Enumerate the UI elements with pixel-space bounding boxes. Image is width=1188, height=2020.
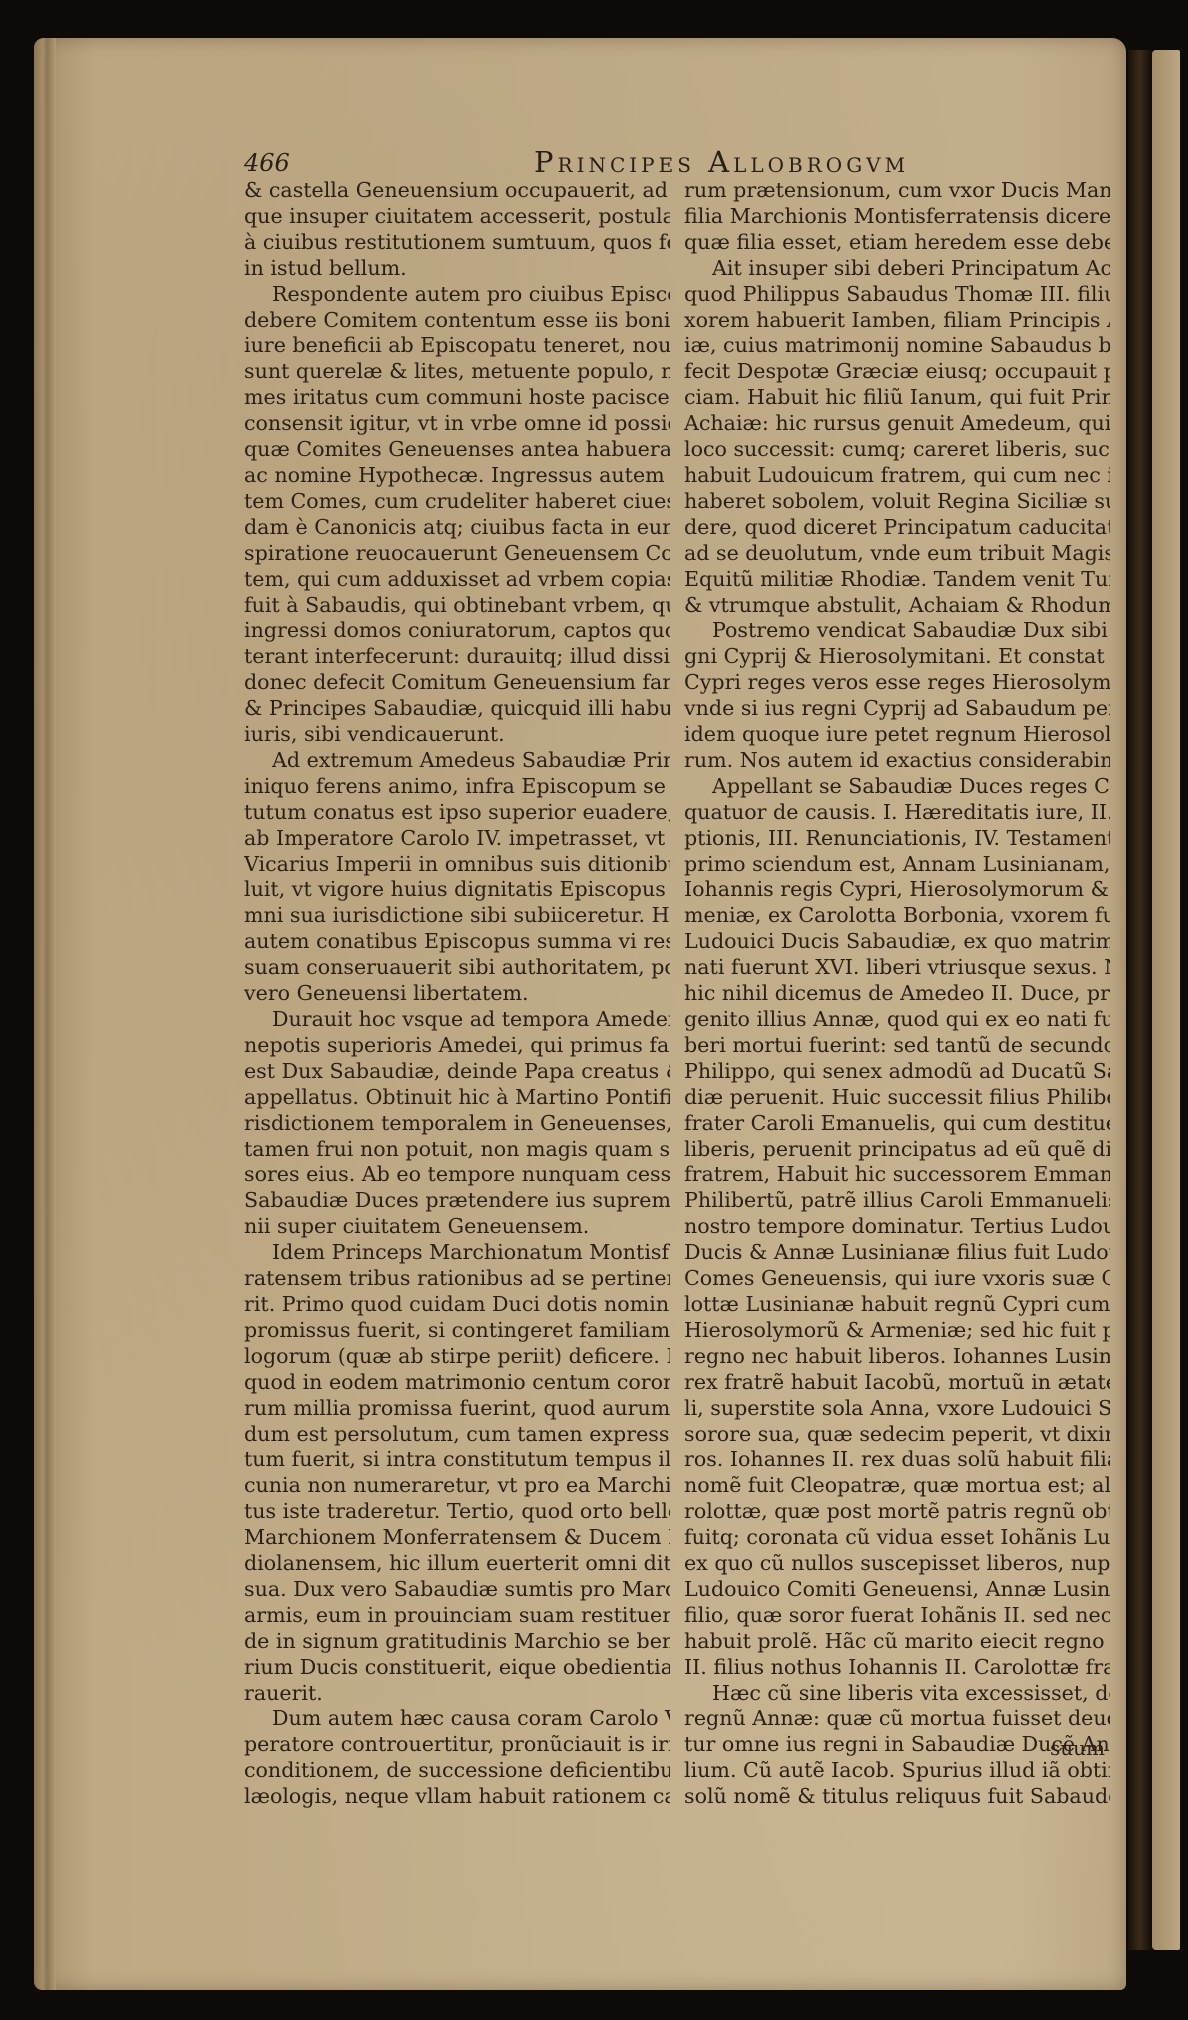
text-line: iniquo ferens animo, infra Episcopum se … [244, 774, 670, 800]
text-line: primo sciendum est, Annam Lusinianam, fi… [684, 852, 1110, 878]
text-line: tem Comes, cum crudeliter haberet ciues,… [244, 489, 670, 515]
text-line: quod in eodem matrimonio centum coronato… [244, 1370, 670, 1396]
paragraph: Dum autem hæc causa coram Carolo V. Im-p… [244, 1706, 670, 1810]
text-line: regnũ Annæ: quæ cũ mortua fuisset deuolu… [684, 1706, 1110, 1732]
text-line: Philibertũ, patrẽ illius Caroli Emmanuel… [684, 1188, 1110, 1214]
paragraph: Ait insuper sibi deberi Principatum Acha… [684, 256, 1110, 619]
page-fold-edge [34, 38, 56, 1990]
text-line: tem, qui cum adduxisset ad vrbem copias,… [244, 567, 670, 593]
text-line: xorem habuerit Iamben, filiam Principis … [684, 308, 1110, 334]
text-line: ratensem tribus rationibus ad se pertine… [244, 1266, 670, 1292]
text-line: Cypri reges veros esse reges Hierosolymi… [684, 670, 1110, 696]
text-line: II. filius nothus Iohannis II. Carolottæ… [684, 1655, 1110, 1681]
next-page-edge [1152, 50, 1180, 1950]
text-line: in istud bellum. [244, 256, 670, 282]
text-line: appellatus. Obtinuit hic à Martino Ponti… [244, 1085, 670, 1111]
text-line: nomẽ fuit Cleopatræ, quæ mortua est; alt… [684, 1473, 1110, 1499]
text-line: fuitq; coronata cũ vidua esset Iohãnis L… [684, 1525, 1110, 1551]
text-line: rex fratrẽ habuit Iacobũ, mortuũ in ætat… [684, 1370, 1110, 1396]
right-text-column: rum prætensionum, cum vxor Ducis Mantuan… [684, 178, 1110, 1810]
text-line: beri mortui fuerint: sed tantũ de secund… [684, 1033, 1110, 1059]
text-line: Durauit hoc vsque ad tempora Amedei VIII… [244, 1007, 670, 1033]
text-line: genito illius Annæ, quod qui ex eo nati … [684, 1007, 1110, 1033]
text-line: Ducis & Annæ Lusinianæ filius fuit Ludou… [684, 1240, 1110, 1266]
text-line: læologis, neque vllam habuit rationem cæ… [244, 1784, 670, 1810]
text-line: quatuor de causis. I. Hæreditatis iure, … [684, 800, 1110, 826]
text-line: Equitũ militiæ Rhodiæ. Tandem venit Turc… [684, 567, 1110, 593]
text-line: tum fuerit, si intra constitutum tempus … [244, 1447, 670, 1473]
text-line: solũ nomẽ & titulus reliquus fuit Sabaud… [684, 1784, 1110, 1810]
text-line: terant interfecerunt: durauitq; illud di… [244, 644, 670, 670]
running-title: Principes Allobrogvm [534, 145, 909, 179]
text-line: li, superstite sola Anna, vxore Ludouici… [684, 1396, 1110, 1422]
paragraph: & castella Geneuensium occupauerit, ad i… [244, 178, 670, 282]
text-line: dum est persolutum, cum tamen expresse c… [244, 1422, 670, 1448]
text-line: ab Imperatore Carolo IV. impetrasset, vt… [244, 826, 670, 852]
text-line: iuris, sibi vendicauerunt. [244, 722, 670, 748]
text-line: gni Cyprij & Hierosolymitani. Et constat… [684, 644, 1110, 670]
text-line: à ciuibus restitutionem sumtuum, quos fe… [244, 230, 670, 256]
text-line: Achaiæ: hic rursus genuit Amedeum, qui t… [684, 411, 1110, 437]
paragraph: Appellant se Sabaudiæ Duces reges Cypriq… [684, 774, 1110, 1681]
text-line: rum. Nos autem id exactius considerabimu… [684, 748, 1110, 774]
text-line: rum prætensionum, cum vxor Ducis Mantuan… [684, 178, 1110, 204]
text-line: Ait insuper sibi deberi Principatum Acha… [684, 256, 1110, 282]
text-line: haberet sobolem, voluit Regina Siciliæ s… [684, 489, 1110, 515]
text-line: rit. Primo quod cuidam Duci dotis nomine [244, 1292, 670, 1318]
text-line: rum millia promissa fuerint, quod aurum … [244, 1396, 670, 1422]
text-line: Dum autem hæc causa coram Carolo V. Im- [244, 1706, 670, 1732]
text-line: sores eius. Ab eo tempore nunquam cessau… [244, 1162, 670, 1188]
catchword: suum [1050, 1736, 1105, 1760]
text-line: est Dux Sabaudiæ, deinde Papa creatus & … [244, 1059, 670, 1085]
running-head: 466 Principes Allobrogvm [244, 145, 1110, 181]
text-line: hic nihil dicemus de Amedeo II. Duce, pr… [684, 981, 1110, 1007]
text-line: donec defecit Comitum Geneuensium famili… [244, 670, 670, 696]
text-line: ex quo cũ nullos suscepisset liberos, nu… [684, 1551, 1110, 1577]
text-line: tus iste traderetur. Tertio, quod orto b… [244, 1499, 670, 1525]
text-line: Ludouico Comiti Geneuensi, Annæ Lusinian… [684, 1577, 1110, 1603]
text-line: loco successit: cumq; careret liberis, s… [684, 437, 1110, 463]
paragraph: rum prætensionum, cum vxor Ducis Mantuan… [684, 178, 1110, 256]
paragraph: Ad extremum Amedeus Sabaudiæ Princepsini… [244, 748, 670, 1007]
text-line: Ad extremum Amedeus Sabaudiæ Princeps [244, 748, 670, 774]
text-line: vero Geneuensi libertatem. [244, 981, 670, 1007]
paragraph: Respondente autem pro ciuibus Episcopo,d… [244, 282, 670, 748]
text-line: promissus fuerit, si contingeret familia… [244, 1318, 670, 1344]
text-line: mes iritatus cum communi hoste paciscere… [244, 385, 670, 411]
text-line: fuit à Sabaudis, qui obtinebant vrbem, q… [244, 593, 670, 619]
text-line: fecit Despotæ Græciæ eiusq; occupauit pr… [684, 359, 1110, 385]
text-line: idem quoque iure petet regnum Hierosolym… [684, 722, 1110, 748]
text-line: filio, quæ soror fuerat Iohãnis II. sed … [684, 1603, 1110, 1629]
text-line: Marchionem Monferratensem & Ducem Me- [244, 1525, 670, 1551]
text-line: suam conseruauerit sibi authoritatem, po… [244, 955, 670, 981]
paragraph: Postremo vendicat Sabaudiæ Dux sibi ius … [684, 618, 1110, 773]
text-line: diolanensem, hic illum euerterit omni di… [244, 1551, 670, 1577]
text-line: risdictionem temporalem in Geneuenses, q… [244, 1111, 670, 1137]
text-line: Respondente autem pro ciuibus Episcopo, [244, 282, 670, 308]
text-line: mni sua iurisdictione sibi subiiceretur.… [244, 903, 670, 929]
left-text-column: & castella Geneuensium occupauerit, ad i… [244, 178, 670, 1810]
text-line: & castella Geneuensium occupauerit, ad i… [244, 178, 670, 204]
text-line: peratore controuertitur, pronũciauit is … [244, 1732, 670, 1758]
text-line: luit, vt vigore huius dignitatis Episcop… [244, 877, 670, 903]
text-line: Hæc cũ sine liberis vita excessisset, de… [684, 1681, 1110, 1707]
text-line: Appellant se Sabaudiæ Duces reges Cypri [684, 774, 1110, 800]
text-line: ad se deuolutum, vnde eum tribuit Magist… [684, 541, 1110, 567]
text-line: vnde si ius regni Cyprij ad Sabaudum per… [684, 696, 1110, 722]
text-line: sunt querelæ & lites, metuente populo, n… [244, 359, 670, 385]
text-line: ingressi domos coniuratorum, captos quos… [244, 618, 670, 644]
text-line: sua. Dux vero Sabaudiæ sumtis pro Marchi… [244, 1577, 670, 1603]
text-line: cunia non numeraretur, vt pro ea Marchio… [244, 1473, 670, 1499]
paragraph: Idem Princeps Marchionatum Montisfer-rat… [244, 1240, 670, 1706]
text-line: Ludouici Ducis Sabaudiæ, ex quo matrimon… [684, 929, 1110, 955]
text-line: nostro tempore dominatur. Tertius Ludoui… [684, 1214, 1110, 1240]
text-line: habuit prolẽ. Hãc cũ marito eiecit regno… [684, 1629, 1110, 1655]
text-line: & Principes Sabaudiæ, quicquid illi habu… [244, 696, 670, 722]
text-line: ptionis, III. Renunciationis, IV. Testam… [684, 826, 1110, 852]
text-line: consensit igitur, vt in vrbe omne id pos… [244, 411, 670, 437]
text-line: dam è Canonicis atq; ciuibus facta in eu… [244, 515, 670, 541]
text-line: liberis, peruenit principatus ad eũ quẽ … [684, 1137, 1110, 1163]
text-line: frater Caroli Emanuelis, qui cum destitu… [684, 1111, 1110, 1137]
text-line: tutum conatus est ipso superior euadere,… [244, 800, 670, 826]
text-line: fratrem, Habuit hic successorem Emmanuel… [684, 1162, 1110, 1188]
text-line: Vicarius Imperii in omnibus suis ditioni… [244, 852, 670, 878]
text-line: Philippo, qui senex admodũ ad Ducatũ Sab… [684, 1059, 1110, 1085]
text-line: habuit Ludouicum fratrem, qui cum nec ip… [684, 463, 1110, 489]
text-line: lottæ Lusinianæ habuit regnũ Cypri cum t… [684, 1292, 1110, 1318]
text-line: ac nomine Hypothecæ. Ingressus autem ciu… [244, 463, 670, 489]
text-line: Iohannis regis Cypri, Hierosolymorum & A… [684, 877, 1110, 903]
text-line: nii super ciuitatem Geneuensem. [244, 1214, 670, 1240]
text-line: nepotis superioris Amedei, qui primus fa… [244, 1033, 670, 1059]
text-line: rium Ducis constituerit, eique obedienti… [244, 1655, 670, 1681]
text-line: lium. Cũ autẽ Iacob. Spurius illud iã ob… [684, 1758, 1110, 1784]
text-line: Idem Princeps Marchionatum Montisfer- [244, 1240, 670, 1266]
text-line: quod Philippus Sabaudus Thomæ III. filiu… [684, 282, 1110, 308]
text-line: rolottæ, quæ post mortẽ patris regnũ obt… [684, 1499, 1110, 1525]
text-line: tamen frui non potuit, non magis quam su… [244, 1137, 670, 1163]
text-line: dere, quod diceret Principatum caducitat… [684, 515, 1110, 541]
text-line: Hierosolymorũ & Armeniæ; sed hic fuit pu… [684, 1318, 1110, 1344]
text-line: Sabaudiæ Duces prætendere ius supremi do… [244, 1188, 670, 1214]
text-line: de in signum gratitudinis Marchio se ben… [244, 1629, 670, 1655]
text-line: iæ, cuius matrimonij nomine Sabaudus bel… [684, 333, 1110, 359]
text-line: quæ Comites Geneuenses antea habuerant, … [244, 437, 670, 463]
text-line: conditionem, de successione deficientibu… [244, 1758, 670, 1784]
text-line: diæ peruenit. Huic successit filius Phil… [684, 1085, 1110, 1111]
text-line: logorum (quæ ab stirpe periit) deficere.… [244, 1344, 670, 1370]
text-line: autem conatibus Episcopus summa vi resti… [244, 929, 670, 955]
text-line: ciam. Habuit hic filiũ Ianum, qui fuit P… [684, 385, 1110, 411]
text-line: Comes Geneuensis, qui iure vxoris suæ Ca… [684, 1266, 1110, 1292]
page-number: 466 [244, 149, 290, 177]
text-line: iure beneficii ab Episcopatu teneret, no… [244, 333, 670, 359]
text-line: regno nec habuit liberos. Iohannes Lusin… [684, 1344, 1110, 1370]
text-line: sorore sua, quæ sedecim peperit, vt dixi… [684, 1422, 1110, 1448]
text-line: spiratione reuocauerunt Geneuensem Comi- [244, 541, 670, 567]
text-line: quæ filia esset, etiam heredem esse debe… [684, 230, 1110, 256]
text-line: tur omne ius regni in Sabaudiæ Ducẽ Annæ… [684, 1732, 1110, 1758]
paragraph: Hæc cũ sine liberis vita excessisset, de… [684, 1681, 1110, 1811]
text-line: rauerit. [244, 1681, 670, 1707]
text-line: ros. Iohannes II. rex duas solũ habuit f… [684, 1447, 1110, 1473]
text-line: armis, eum in prouinciam suam restitueri… [244, 1603, 670, 1629]
text-line: debere Comitem contentum esse iis bonis,… [244, 308, 670, 334]
paragraph: Durauit hoc vsque ad tempora Amedei VIII… [244, 1007, 670, 1240]
text-line: filia Marchionis Montisferratensis dicer… [684, 204, 1110, 230]
text-line: & vtrumque abstulit, Achaiam & Rhodum. [684, 593, 1110, 619]
text-line: Postremo vendicat Sabaudiæ Dux sibi ius … [684, 618, 1110, 644]
text-line: que insuper ciuitatem accesserit, postul… [244, 204, 670, 230]
book-gutter [1128, 50, 1152, 1950]
text-line: meniæ, ex Carolotta Borbonia, vxorem fui… [684, 903, 1110, 929]
text-line: nati fuerunt XVI. liberi vtriusque sexus… [684, 955, 1110, 981]
